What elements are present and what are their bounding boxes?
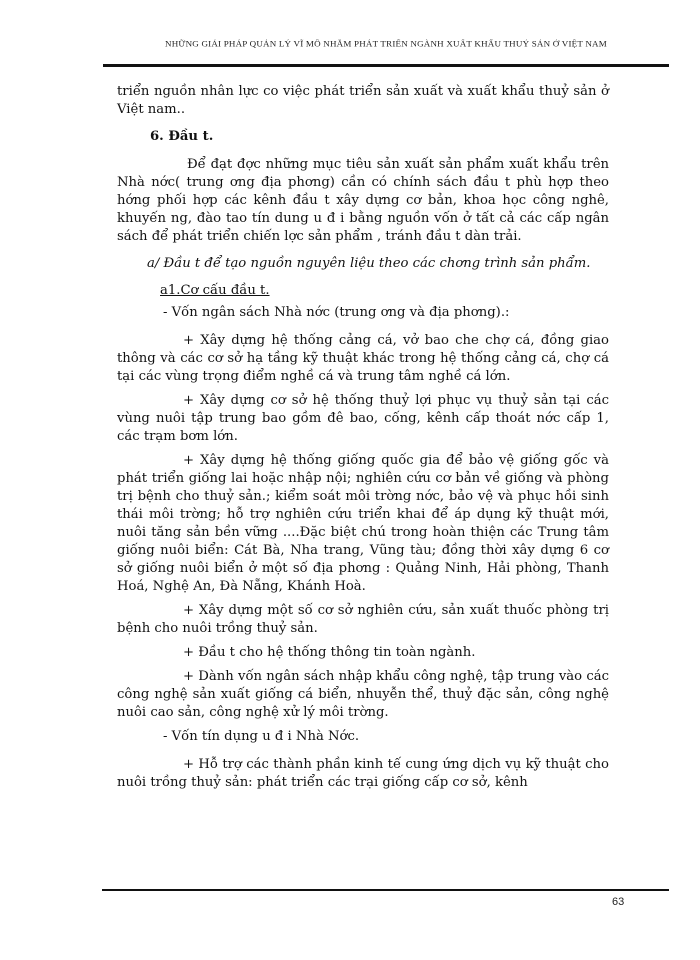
subheading-a: a/ Đầu t để tạo nguồn nguyên liệu theo c… — [117, 255, 609, 273]
plus-item: + Hỗ trợ các thành phần kinh tế cung ứng… — [117, 756, 609, 792]
plus-item: + Đầu t cho hệ thống thông tin toàn ngàn… — [117, 644, 609, 662]
body-text: triển nguồn nhân lực co việc phát triển … — [117, 83, 609, 798]
paragraph-intro: Để đạt đợc những mục tiêu sản xuất sản p… — [117, 156, 609, 246]
running-header: NHỮNG GIẢI PHÁP QUẢN LÝ VĨ MÔ NHẰM PHÁT … — [103, 39, 669, 50]
header-rule — [103, 64, 669, 67]
paragraph-continuation: triển nguồn nhân lực co việc phát triển … — [117, 83, 609, 119]
plus-item: + Xây dựng một số cơ sở nghiên cứu, sản … — [117, 602, 609, 638]
section-heading: 6. Đầu t. — [117, 128, 609, 146]
plus-item: + Xây dựng hệ thống cảng cá, vở bao che … — [117, 332, 609, 386]
page-number: 63 — [612, 896, 624, 908]
subheading-a1: a1.Cơ cấu đầu t. — [117, 282, 609, 300]
dash-item-state-budget: - Vốn ngân sách Nhà nớc (trung ơng và đị… — [117, 304, 609, 322]
subheading-a1-text: a1.Cơ cấu đầu t. — [160, 283, 270, 298]
plus-item: + Xây dựng cơ sở hệ thống thuỷ lợi phục … — [117, 392, 609, 446]
plus-item: + Xây dựng hệ thống giống quốc gia để bả… — [117, 452, 609, 596]
plus-item: + Dành vốn ngân sách nhập khẩu công nghệ… — [117, 668, 609, 722]
footer-rule — [102, 889, 669, 891]
document-page: NHỮNG GIẢI PHÁP QUẢN LÝ VĨ MÔ NHẰM PHÁT … — [0, 0, 700, 960]
dash-item-credit: - Vốn tín dụng u đ i Nhà Nớc. — [117, 728, 609, 746]
